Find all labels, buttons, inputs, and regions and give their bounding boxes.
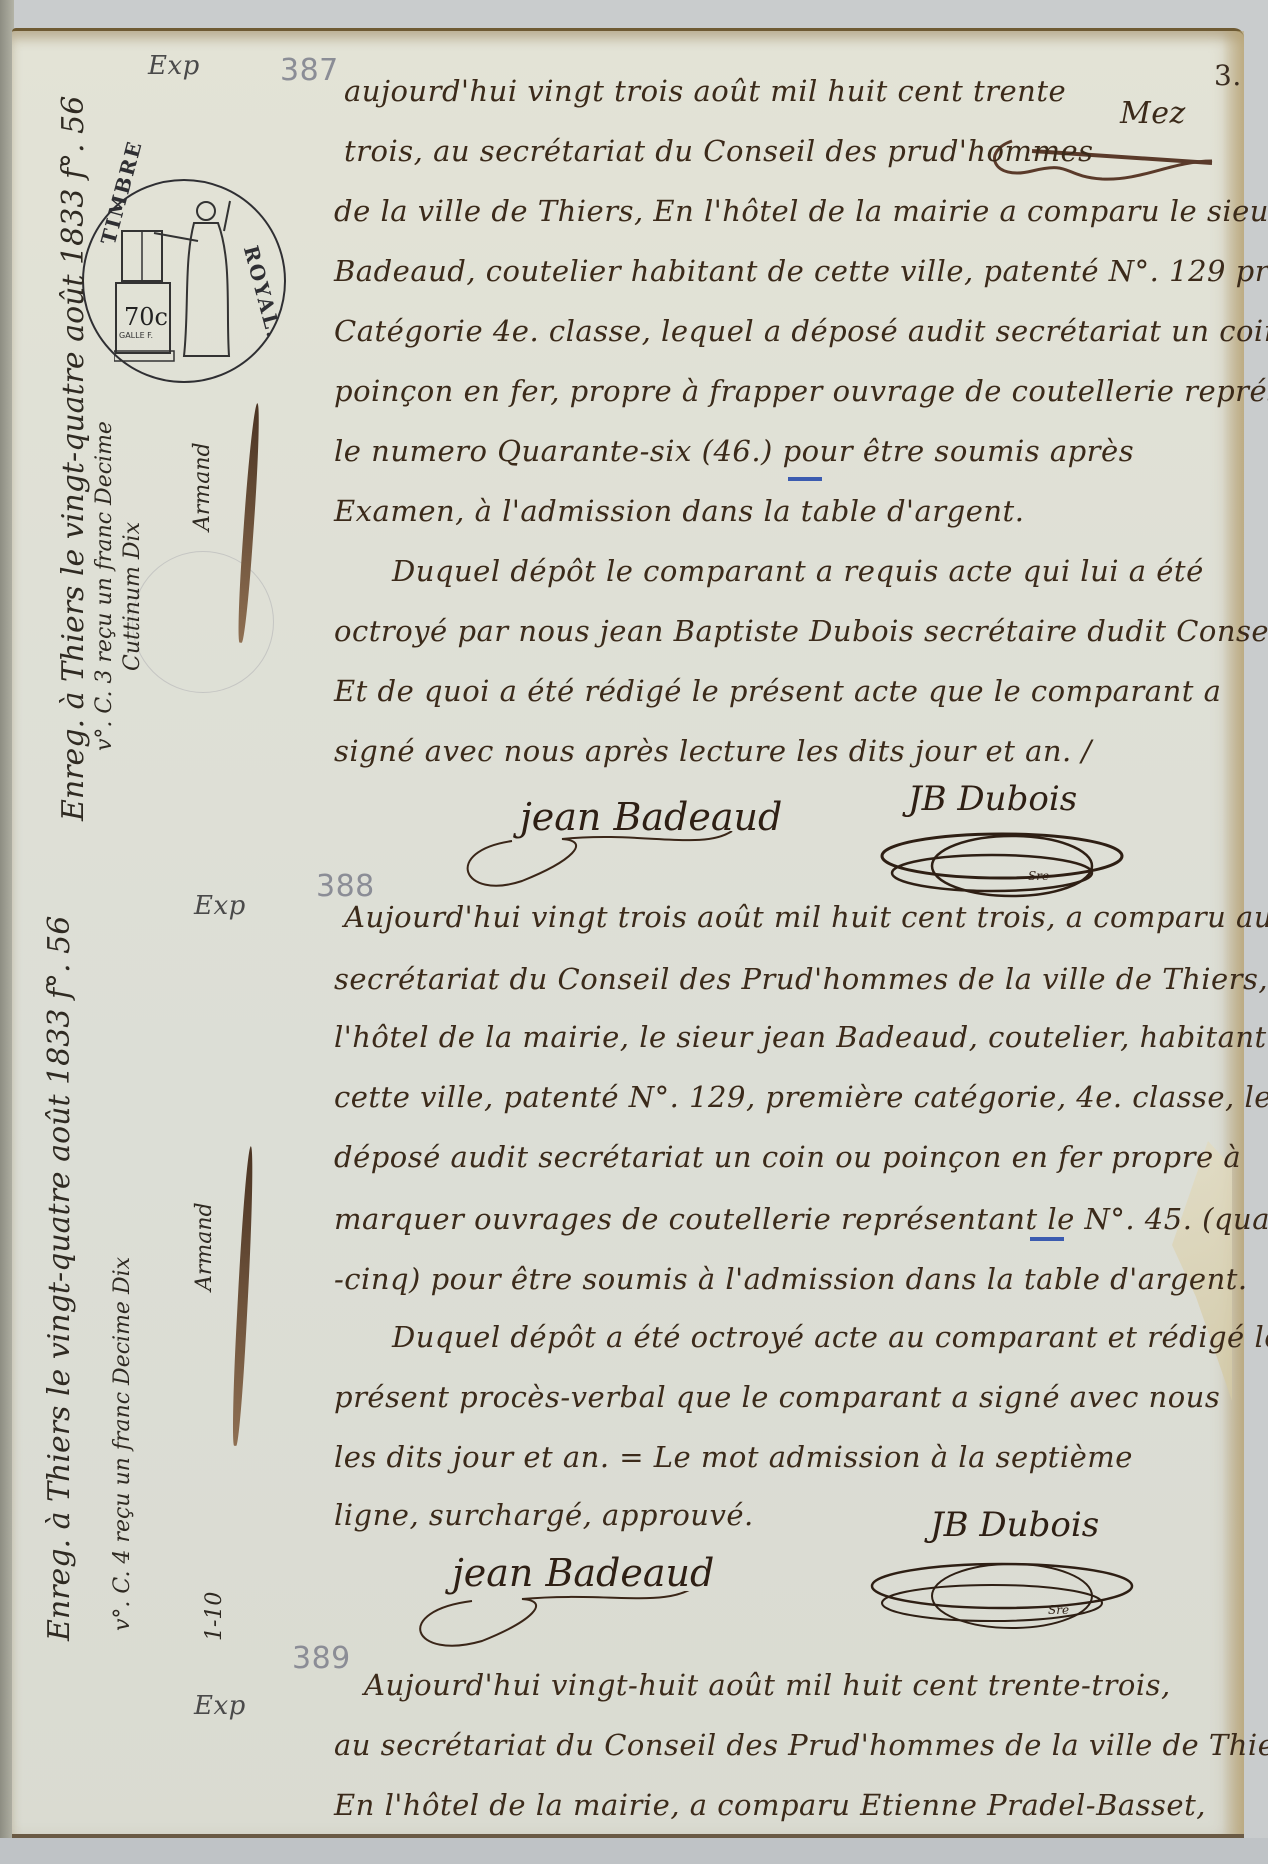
margin-note-registration-2-line2: v°. C. 4 reçu un franc Decime Dix bbox=[110, 1257, 135, 1631]
signature-flourish bbox=[392, 1591, 712, 1661]
margin-mark-exp: Exp bbox=[194, 893, 246, 919]
text-line: cette ville, patenté N°. 129, première c… bbox=[334, 1083, 1268, 1112]
text-line: En l'hôtel de la mairie, a comparu Etien… bbox=[334, 1791, 1206, 1820]
signature-title: Sre bbox=[1028, 869, 1049, 883]
text-line: au secrétariat du Conseil des Prud'homme… bbox=[334, 1731, 1268, 1760]
entry-number: 388 bbox=[316, 869, 375, 904]
signature-title: Sre bbox=[1048, 1603, 1069, 1617]
margin-note-registration-1-line3: Cuttinum Dix bbox=[120, 522, 145, 671]
text-line: ligne, surchargé, approuvé. bbox=[334, 1501, 754, 1530]
signature-paraph bbox=[862, 1541, 1142, 1651]
text-line: de la ville de Thiers, En l'hôtel de la … bbox=[334, 197, 1268, 226]
text-line: Et de quoi a été rédigé le présent acte … bbox=[334, 677, 1221, 706]
page-edge bbox=[1222, 31, 1244, 1843]
text-line: secrétariat du Conseil des Prud'hommes d… bbox=[334, 965, 1268, 994]
text-line: déposé audit secrétariat un coin ou poin… bbox=[334, 1143, 1241, 1172]
margin-mark-exp: Exp bbox=[148, 53, 200, 79]
text-line: les dits jour et an. = Le mot admission … bbox=[334, 1443, 1133, 1472]
ink-stroke bbox=[230, 1146, 256, 1446]
text-line: le numero Quarante-six (46.) pour être s… bbox=[334, 437, 1134, 466]
text-line: Badeaud, coutelier habitant de cette vil… bbox=[334, 257, 1268, 286]
embossed-seal bbox=[132, 551, 274, 693]
text-line: poinçon en fer, propre à frapper ouvrage… bbox=[334, 377, 1268, 406]
margin-note-registration-2: Enreg. à Thiers le vingt-quatre août 183… bbox=[42, 916, 77, 1641]
margin-note-signature-2: Armand bbox=[192, 1202, 217, 1291]
signature-badeaud: jean Badeaud bbox=[452, 1551, 714, 1595]
text-line: -cinq) pour être soumis à l'admission da… bbox=[334, 1265, 1248, 1294]
stamp-engraver: GALLE F. bbox=[119, 331, 153, 340]
text-line: l'hôtel de la mairie, le sieur jean Bade… bbox=[334, 1023, 1268, 1052]
margin-note-signature-1: Armand bbox=[190, 442, 215, 531]
margin-note-registration-1-line2: v°. C. 3 reçu un franc Decime bbox=[92, 421, 117, 751]
entry-number: 389 bbox=[292, 1641, 351, 1676]
entry-number: 387 bbox=[280, 53, 339, 88]
text-line: trois, au secrétariat du Conseil des pru… bbox=[344, 137, 1094, 166]
margin-note-registration-1: Enreg. à Thiers le vingt-quatre août 183… bbox=[56, 96, 91, 821]
text-line: Examen, à l'admission dans la table d'ar… bbox=[334, 497, 1024, 526]
signature-flourish bbox=[442, 831, 742, 901]
text-line: marquer ouvrages de coutellerie représen… bbox=[334, 1205, 1268, 1234]
stamp-value: 70c bbox=[124, 303, 168, 331]
royal-tax-stamp: TIMBRE ROYAL. 70c GALLE F. bbox=[82, 179, 286, 383]
text-line: Aujourd'hui vingt trois août mil huit ce… bbox=[344, 903, 1268, 932]
text-line: présent procès-verbal que le comparant a… bbox=[334, 1383, 1220, 1412]
background-surface bbox=[0, 1838, 1268, 1864]
text-line: Aujourd'hui vingt-huit août mil huit cen… bbox=[364, 1671, 1171, 1700]
margin-mark-exp: Exp bbox=[194, 1693, 246, 1719]
text-line: aujourd'hui vingt trois août mil huit ce… bbox=[344, 77, 1066, 106]
text-line: Catégorie 4e. classe, lequel a déposé au… bbox=[334, 317, 1268, 346]
text-line: Duquel dépôt le comparant a requis acte … bbox=[392, 557, 1204, 586]
text-line: octroyé par nous jean Baptiste Dubois se… bbox=[334, 617, 1268, 646]
manuscript-page: 3. Mez Exp Exp Exp TIMBRE ROYAL. 70c GAL… bbox=[12, 28, 1244, 1843]
blue-underline-mark bbox=[1030, 1237, 1064, 1241]
text-line: signé avec nous après lecture les dits j… bbox=[334, 737, 1092, 766]
margin-note-amount: 1-10 bbox=[202, 1592, 227, 1641]
text-line: Duquel dépôt a été octroyé acte au compa… bbox=[392, 1323, 1268, 1352]
page-number: 3. bbox=[1214, 59, 1242, 92]
blue-underline-mark bbox=[788, 477, 822, 481]
signature-dubois: JB Dubois bbox=[930, 1505, 1099, 1545]
